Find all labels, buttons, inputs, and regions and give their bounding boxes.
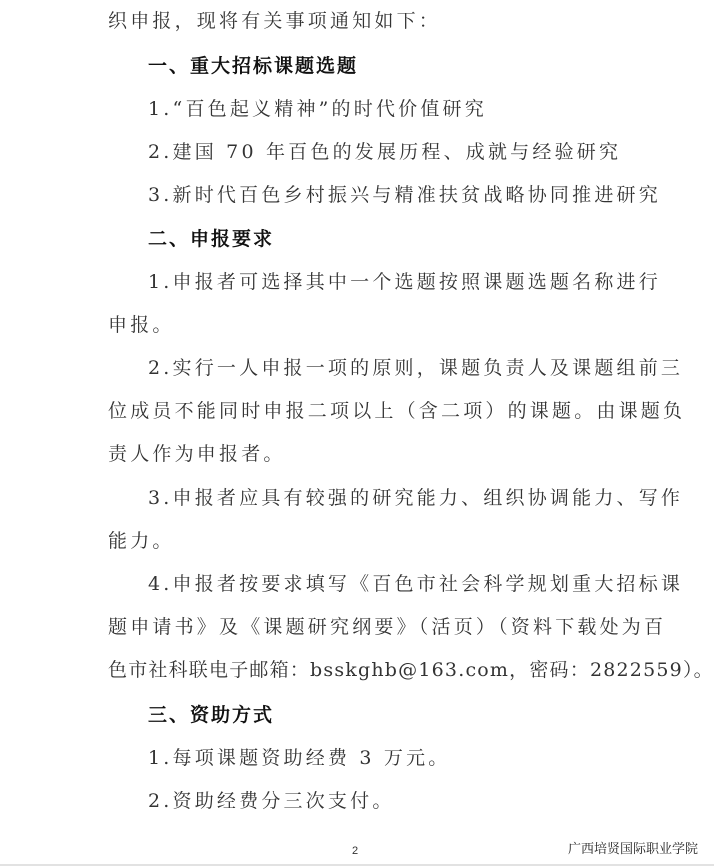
section-heading-1: 一、重大招标课题选题 [148, 54, 648, 78]
requirement-2-line-1: 2.实行一人申报一项的原则，课题负责人及课题组前三 [148, 356, 648, 380]
topic-item-3: 3.新时代百色乡村振兴与精准扶贫战略协同推进研究 [148, 183, 648, 207]
requirement-2-line-3: 责人作为申报者。 [108, 442, 608, 466]
funding-item-2: 2.资助经费分三次支付。 [148, 789, 648, 813]
requirement-4-line-3: 色市社科联电子邮箱：bsskghb@163.com，密码：2822559）。 [108, 658, 608, 682]
requirement-2-line-2: 位成员不能同时申报二项以上（含二项）的课题。由课题负 [108, 399, 608, 423]
watermark-text: 广西培贤国际职业学院 [568, 838, 698, 857]
requirement-4-line-1: 4.申报者按要求填写《百色市社会科学规划重大招标课 [148, 572, 648, 596]
topic-item-2: 2.建国 70 年百色的发展历程、成就与经验研究 [148, 140, 648, 164]
section-heading-2: 二、申报要求 [148, 227, 648, 251]
requirement-1-line-1: 1.申报者可选择其中一个选题按照课题选题名称进行 [148, 270, 648, 294]
requirement-1-line-2: 申报。 [108, 313, 608, 337]
topic-item-1: 1.“百色起义精神”的时代价值研究 [148, 97, 648, 121]
requirement-4-line-2: 题申请书》及《课题研究纲要》（活页）（资料下载处为百 [108, 615, 608, 639]
document-page: 织申报，现将有关事项通知如下： 一、重大招标课题选题 1.“百色起义精神”的时代… [0, 0, 714, 866]
requirement-3-line-2: 能力。 [108, 529, 608, 553]
page-number: 2 [352, 845, 358, 857]
funding-item-1: 1.每项课题资助经费 3 万元。 [148, 746, 648, 770]
intro-text: 织申报，现将有关事项通知如下： [108, 9, 608, 33]
requirement-3-line-1: 3.申报者应具有较强的研究能力、组织协调能力、写作 [148, 486, 648, 510]
section-heading-3: 三、资助方式 [148, 703, 648, 727]
